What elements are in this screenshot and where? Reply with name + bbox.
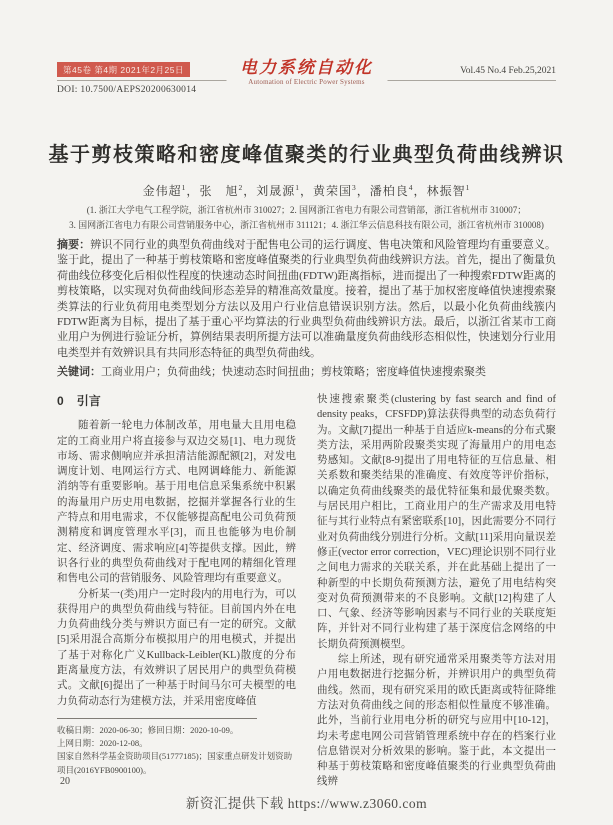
doi-text: DOI: 10.7500/AEPS20200630014 — [57, 85, 196, 95]
page-number: 20 — [60, 776, 70, 787]
watermark-url: https://www.z3060.com — [288, 796, 427, 811]
author-affiliation-sup: 4 — [409, 183, 414, 192]
footnote-line: 国家自然科学基金资助项目(51777185)；国家重点研发计划资助项目(2016… — [57, 750, 296, 776]
abstract-text: 辨识不同行业的典型负荷曲线对于配售电公司的运行调度、售电决策和风险管理均有重要意… — [57, 239, 556, 359]
author-affiliation-sup: 1 — [182, 183, 187, 192]
author-name: 金伟超 — [143, 184, 182, 198]
paper-page: 第45卷 第4期 2021年2月25日 DOI: 10.7500/AEPS202… — [0, 0, 613, 825]
download-watermark: 新资汇提供下载 https://www.z3060.com — [0, 792, 613, 812]
author-affiliation-sup: 3 — [352, 183, 357, 192]
body-columns: 0引言 随着新一轮电力体制改革，用电量大且用电稳定的工商业用户将直接参与双边交易… — [57, 392, 556, 790]
journal-masthead: 电力系统自动化 Automation of Electric Power Sys… — [226, 58, 387, 87]
footnote-rule — [57, 718, 257, 719]
section-number: 0 — [57, 394, 64, 408]
journal-header: 第45卷 第4期 2021年2月25日 DOI: 10.7500/AEPS202… — [57, 58, 556, 104]
affiliations: (1. 浙江大学电气工程学院，浙江省杭州市 310027；2. 国网浙江省电力有… — [40, 203, 573, 233]
issue-badge: 第45卷 第4期 2021年2月25日 — [57, 62, 190, 77]
left-column: 0引言 随着新一轮电力体制改革，用电量大且用电稳定的工商业用户将直接参与双边交易… — [57, 392, 296, 790]
author-affiliation-sup: 1 — [466, 183, 471, 192]
keywords-text: 工商业用户；负荷曲线；快速动态时间扭曲；剪枝策略；密度峰值快速搜索聚类 — [101, 366, 486, 378]
section-heading: 0引言 — [57, 394, 296, 409]
watermark-text: 新资汇提供下载 — [186, 796, 284, 811]
author-name: 潘柏良 — [370, 184, 409, 198]
author-name: 张 旭 — [199, 184, 238, 198]
journal-name-en: Automation of Electric Power Systems — [240, 78, 373, 87]
volume-info: Vol.45 No.4 Feb.25,2021 — [460, 66, 556, 76]
journal-name-cn: 电力系统自动化 — [240, 58, 373, 78]
paper-title: 基于剪枝策略和密度峰值聚类的行业典型负荷曲线辨识 — [40, 138, 573, 167]
paragraph: 随着新一轮电力体制改革，用电量大且用电稳定的工商业用户将直接参与双边交易[1]、… — [57, 418, 296, 586]
right-column: 快速搜索聚类(clustering by fast search and fin… — [317, 392, 556, 790]
abstract-block: 摘要：辨识不同行业的典型负荷曲线对于配售电公司的运行调度、售电决策和风险管理均有… — [57, 238, 556, 381]
footnote-block: 收稿日期：2020-06-30；修回日期：2020-10-09。 上网日期：20… — [57, 718, 296, 777]
author-name: 刘晟源 — [256, 184, 295, 198]
footnote-line: 上网日期：2020-12-08。 — [57, 737, 296, 750]
footnote-line: 收稿日期：2020-06-30；修回日期：2020-10-09。 — [57, 724, 296, 737]
affiliation-line: (1. 浙江大学电气工程学院，浙江省杭州市 310027；2. 国网浙江省电力有… — [40, 203, 573, 218]
keywords-label: 关键词： — [57, 366, 101, 378]
author-affiliation-sup: 2 — [238, 183, 243, 192]
author-line: 金伟超1，张 旭2，刘晟源1，黄荣国3，潘柏良4，林振智1 — [40, 182, 573, 199]
section-title: 引言 — [77, 394, 101, 408]
paragraph: 分析某一(类)用户一定时段内的用电行为，可以获得用户的典型负荷曲线与特征。目前国… — [57, 587, 296, 709]
author-affiliation-sup: 1 — [295, 183, 300, 192]
author-name: 黄荣国 — [313, 184, 352, 198]
abstract-label: 摘要： — [57, 239, 90, 251]
paragraph: 快速搜索聚类(clustering by fast search and fin… — [317, 392, 556, 652]
author-name: 林振智 — [427, 184, 466, 198]
paragraph: 综上所述，现有研究通常采用聚类等方法对用户用电数据进行挖掘分析，并辨识用户的典型… — [317, 652, 556, 790]
affiliation-line: 3. 国网浙江省电力有限公司营销服务中心，浙江省杭州市 311121；4. 浙江… — [40, 218, 573, 233]
